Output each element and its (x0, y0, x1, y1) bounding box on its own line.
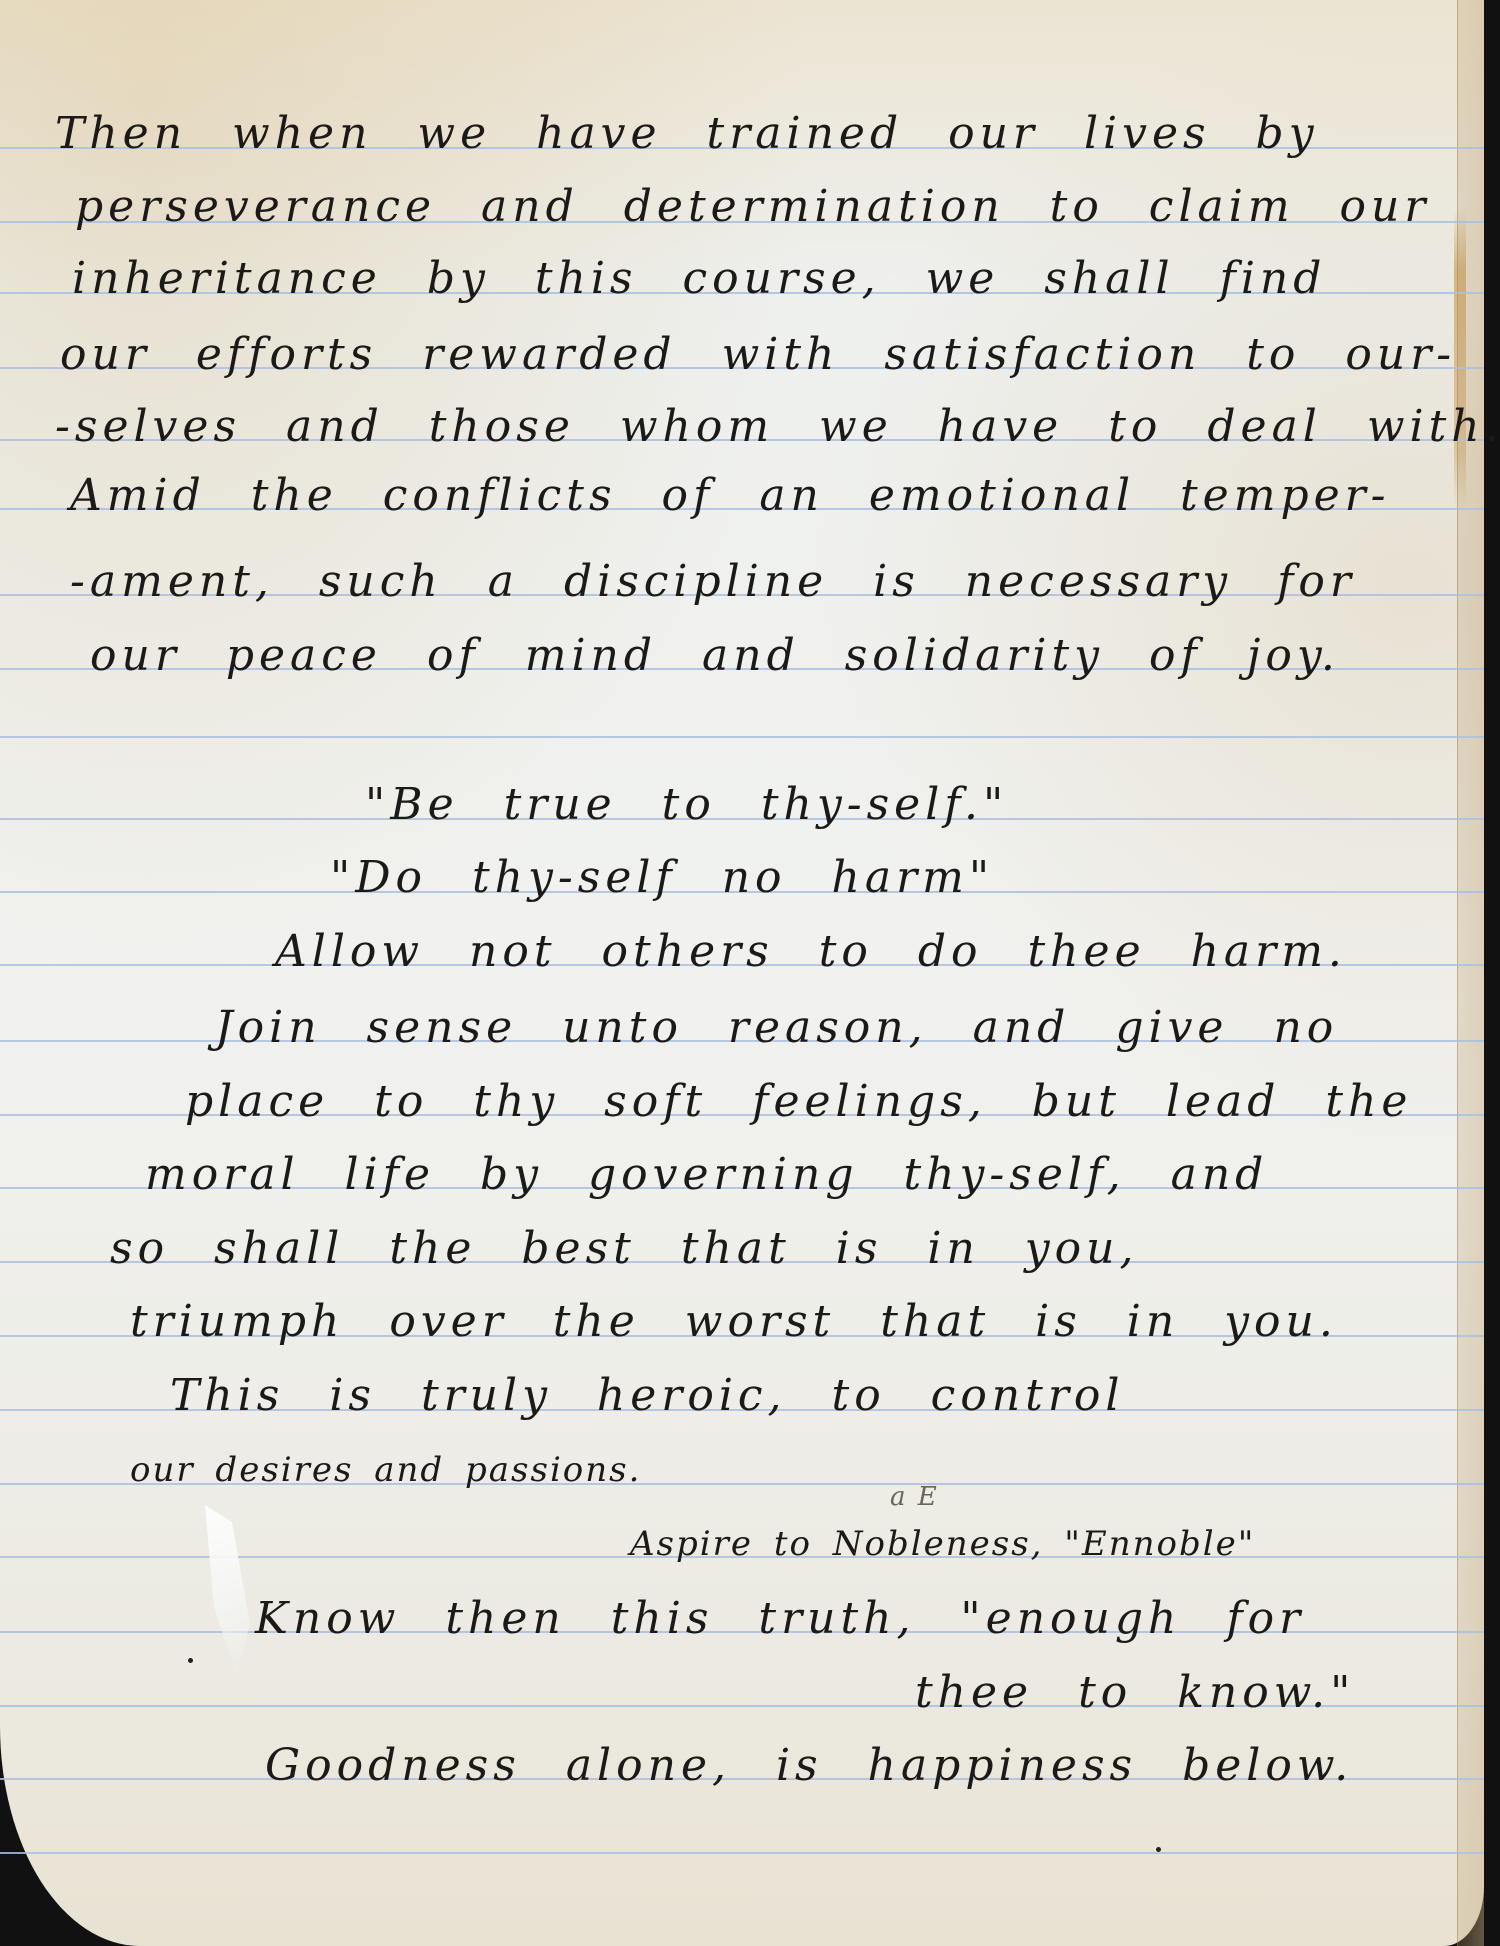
maxim-line: "Be true to thy-self." (365, 783, 1008, 827)
text-line: place to thy soft feelings, but lead the (185, 1080, 1412, 1124)
closing-line: thee to know." (915, 1671, 1355, 1715)
maxim-line: Allow not others to do thee harm. (275, 930, 1347, 974)
text-line: so shall the best that is in you, (110, 1227, 1138, 1271)
text-line: moral life by governing thy-self, and (145, 1153, 1268, 1197)
text-line: our desires and passions. (130, 1453, 641, 1487)
ruled-line (0, 736, 1484, 738)
text-line: Join sense unto reason, and give no (215, 1006, 1338, 1050)
text-line: triumph over the worst that is in you. (130, 1300, 1338, 1344)
ink-dot (1156, 1847, 1161, 1852)
text-line: -selves and those whom we have to deal w… (55, 405, 1500, 449)
paper-tear (205, 1505, 250, 1675)
text-line: inheritance by this course, we shall fin… (72, 257, 1326, 301)
aspire-line: Aspire to Nobleness, "Ennoble" (630, 1527, 1255, 1561)
text-line: perseverance and determination to claim … (75, 185, 1430, 229)
closing-line: Know then this truth, "enough for (255, 1597, 1305, 1641)
text-line: our efforts rewarded with satisfaction t… (60, 333, 1456, 377)
text-line: This is truly heroic, to control (170, 1374, 1124, 1418)
text-line: Amid the conflicts of an emotional tempe… (70, 474, 1391, 518)
manuscript-page: Then when we have trained our lives by p… (0, 0, 1484, 1946)
closing-line: Goodness alone, is happiness below. (265, 1744, 1353, 1788)
text-line: Then when we have trained our lives by (55, 112, 1319, 156)
maxim-line: "Do thy-self no harm" (330, 856, 994, 900)
ruled-line (0, 1852, 1484, 1854)
ink-dot (188, 1658, 193, 1663)
text-line: -ament, such a discipline is necessary f… (70, 560, 1356, 604)
inline-correction: a E (890, 1482, 939, 1512)
text-line: our peace of mind and solidarity of joy. (90, 634, 1340, 678)
